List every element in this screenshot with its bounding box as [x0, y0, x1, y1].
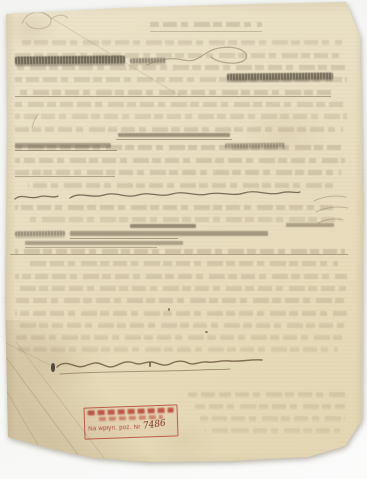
ghost-text-line [20, 90, 335, 95]
ghost-text-line [22, 40, 342, 45]
paper-sheet: Na wpłyn. poz. Nr 7486 [0, 0, 367, 479]
typed-correction [70, 231, 268, 236]
ink-speck [168, 308, 170, 311]
ghost-text-line [150, 22, 262, 27]
typed-correction [286, 223, 334, 227]
stamp-receipt-label: Na wpłyn. poz. Nr [88, 425, 141, 433]
ghost-text-line [205, 428, 340, 433]
scanned-page: Na wpłyn. poz. Nr 7486 [0, 0, 367, 479]
ghost-text-line [15, 298, 347, 303]
ghost-text-line [185, 392, 345, 397]
underline-mark [15, 176, 115, 177]
ghost-text-line [15, 335, 345, 340]
ghost-text-line [15, 286, 347, 291]
ink-speck [51, 363, 55, 372]
ghost-text-line [15, 170, 341, 175]
stamp-receipt-number: 7486 [143, 419, 167, 432]
underline-mark [10, 254, 348, 255]
underline-mark [116, 139, 232, 140]
ghost-text-line [15, 102, 347, 107]
ghost-text-line [30, 261, 338, 266]
text-layer [0, 0, 367, 479]
ghost-text-line [15, 127, 343, 132]
ghost-text-line [15, 323, 345, 328]
strikethrough-mark [15, 55, 125, 64]
paper-surface: Na wpłyn. poz. Nr 7486 [0, 0, 367, 479]
ink-speck [149, 362, 151, 367]
typed-correction [130, 224, 196, 228]
strikethrough-mark [15, 231, 65, 237]
ink-speck [205, 331, 208, 333]
ghost-text-line [15, 158, 345, 163]
strikethrough-mark [227, 72, 333, 80]
underline-mark [70, 238, 178, 239]
underline-mark [25, 247, 157, 248]
typed-correction [118, 133, 230, 137]
archive-stamp: Na wpłyn. poz. Nr 7486 [83, 404, 178, 439]
typed-correction [15, 143, 111, 148]
ghost-text-line [15, 274, 347, 279]
underline-mark [150, 31, 262, 32]
ghost-text-line [195, 404, 345, 409]
ghost-text-line [200, 416, 345, 421]
ghost-text-line [28, 183, 333, 188]
ghost-text-line [15, 311, 347, 316]
typed-correction [25, 241, 183, 245]
ghost-text-line [15, 205, 333, 210]
strikethrough-mark [225, 143, 285, 149]
strikethrough-mark [130, 58, 166, 63]
ghost-text-line [15, 65, 347, 70]
underline-mark [15, 96, 331, 97]
ghost-text-line [15, 114, 347, 119]
ghost-text-line [30, 217, 340, 222]
ghost-text-line [18, 347, 338, 352]
underline-mark [15, 150, 117, 151]
